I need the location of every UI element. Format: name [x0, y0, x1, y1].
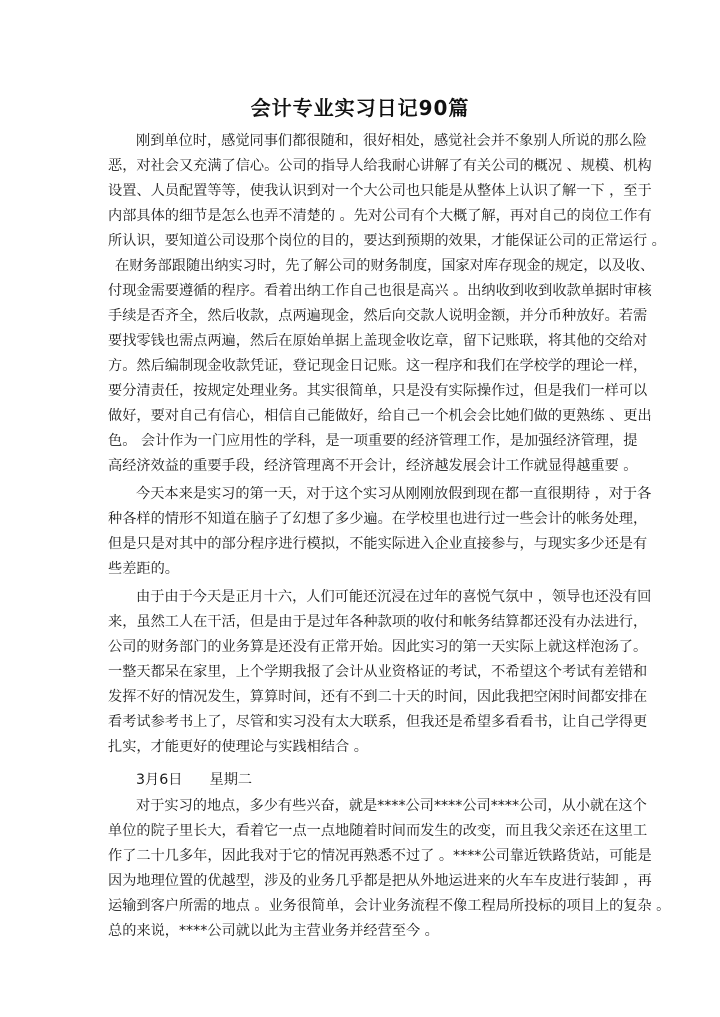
text-line: 由于由于今天是正月十六，人们可能还沉浸在过年的喜悦气氛中 ，领导也还没有回 — [136, 587, 612, 607]
text-line: 恶，对社会又充满了信心。公司的指导人给我耐心讲解了有关公司的概况 、规模、机构 — [108, 156, 612, 176]
entry-date: 3月6日 — [136, 772, 182, 788]
text-line: 设置、人员配置等等，使我认识到对一个大公司也只能是从整体上认识了解一下 ，至于 — [108, 181, 612, 201]
text-line: 运输到客户所需的地点 。业务很简单，会计业务流程不像工程局所投标的项目上的复杂 … — [108, 896, 612, 916]
text-line: 色。 会计作为一门应用性的学科，是一项重要的经济管理工作，是加强经济管理，提 — [108, 431, 612, 451]
text-line: 今天本来是实习的第一天，对于这个实习从刚刚放假到现在都一直很期待 ，对于各 — [136, 484, 612, 504]
text-line: 在财务部跟随出纳实习时，先了解公司的财务制度，国家对库存现金的规定，以及收、 — [115, 256, 612, 276]
text-line: 单位的院子里长大，看着它一点一点地随着时间而发生的改变，而且我父亲还在这里工 — [108, 821, 612, 841]
text-line: 方。然后编制现金收款凭证，登记现金日记账。这一程序和我们在学校学的理论一样， — [108, 356, 612, 376]
document-title: 会计专业实习日记90篇 — [0, 92, 720, 121]
text-line: 但是只是对其中的部分程序进行模拟，不能实际进入企业直接参与，与现实多少还是有 — [108, 534, 612, 554]
text-line: 手续是否齐全，然后收款，点两遍现金，然后向交款人说明金额，并分币种放好。若需 — [108, 306, 612, 326]
text-line: 做好，要对自己有信心，相信自己能做好，给自己一个机会会比她们做的更熟练 、更出 — [108, 406, 612, 426]
text-line: 来，虽然工人在干活，但是由于是过年各种款项的收付和帐务结算都还没有办法进行， — [108, 612, 612, 632]
text-line: 要分清责任，按规定处理业务。其实很简单，只是没有实际操作过，但是我们一样可以 — [108, 381, 612, 401]
text-line: 因为地理位置的优越型，涉及的业务几乎都是把从外地运进来的火车车皮进行装卸 ，再 — [108, 871, 612, 891]
document-page: 会计专业实习日记90篇 刚到单位时，感觉同事们都很随和，很好相处，感觉社会并不象… — [0, 0, 720, 1017]
text-line: 高经济效益的重要手段，经济管理离不开会计，经济越发展会计工作就显得越重要 。 — [108, 456, 612, 476]
text-line: 所认识，要知道公司设那个岗位的目的，要达到预期的效果，才能保证公司的正常运行 。 — [108, 231, 612, 251]
text-line: 看考试参考书上了，尽管和实习没有太大联系，但我还是希望多看看书，让自己学得更 — [108, 712, 612, 732]
text-line: 刚到单位时，感觉同事们都很随和，很好相处，感觉社会并不象别人所说的那么险 — [136, 131, 612, 151]
entry-weekday: 星期二 — [210, 772, 253, 788]
date-line: 3月6日 星期二 — [136, 770, 252, 790]
text-line: 作了二十几多年，因此我对于它的情况再熟悉不过了 。****公司靠近铁路货站，可能… — [108, 846, 612, 866]
text-line: 内部具体的细节是怎么也弄不清楚的 。先对公司有个大概了解，再对自己的岗位工作有 — [108, 206, 612, 226]
text-line: 些差距的。 — [108, 559, 612, 579]
text-line: 种各样的情形不知道在脑子了幻想了多少遍。在学校里也进行过一些会计的帐务处理， — [108, 509, 612, 529]
text-line: 一整天都呆在家里，上个学期我报了会计从业资格证的考试，不希望这个考试有差错和 — [108, 662, 612, 682]
text-line: 要找零钱也需点两遍，然后在原始单据上盖现金收讫章，留下记账联，将其他的交给对 — [108, 331, 612, 351]
text-line: 付现金需要遵循的程序。看着出纳工作自己也很是高兴 。出纳收到收到收款单据时审核 — [108, 281, 612, 301]
text-line: 公司的财务部门的业务算是还没有正常开始。因此实习的第一天实际上就这样泡汤了。 — [108, 637, 612, 657]
text-line: 扎实，才能更好的使理论与实践相结合 。 — [108, 737, 612, 757]
text-line: 发挥不好的情况发生，算算时间，还有不到二十天的时间，因此我把空闲时间都安排在 — [108, 687, 612, 707]
text-line: 对于实习的地点，多少有些兴奋，就是****公司****公司****公司，从小就在… — [136, 796, 612, 816]
text-line: 总的来说，****公司就以此为主营业务并经营至今 。 — [108, 921, 612, 941]
